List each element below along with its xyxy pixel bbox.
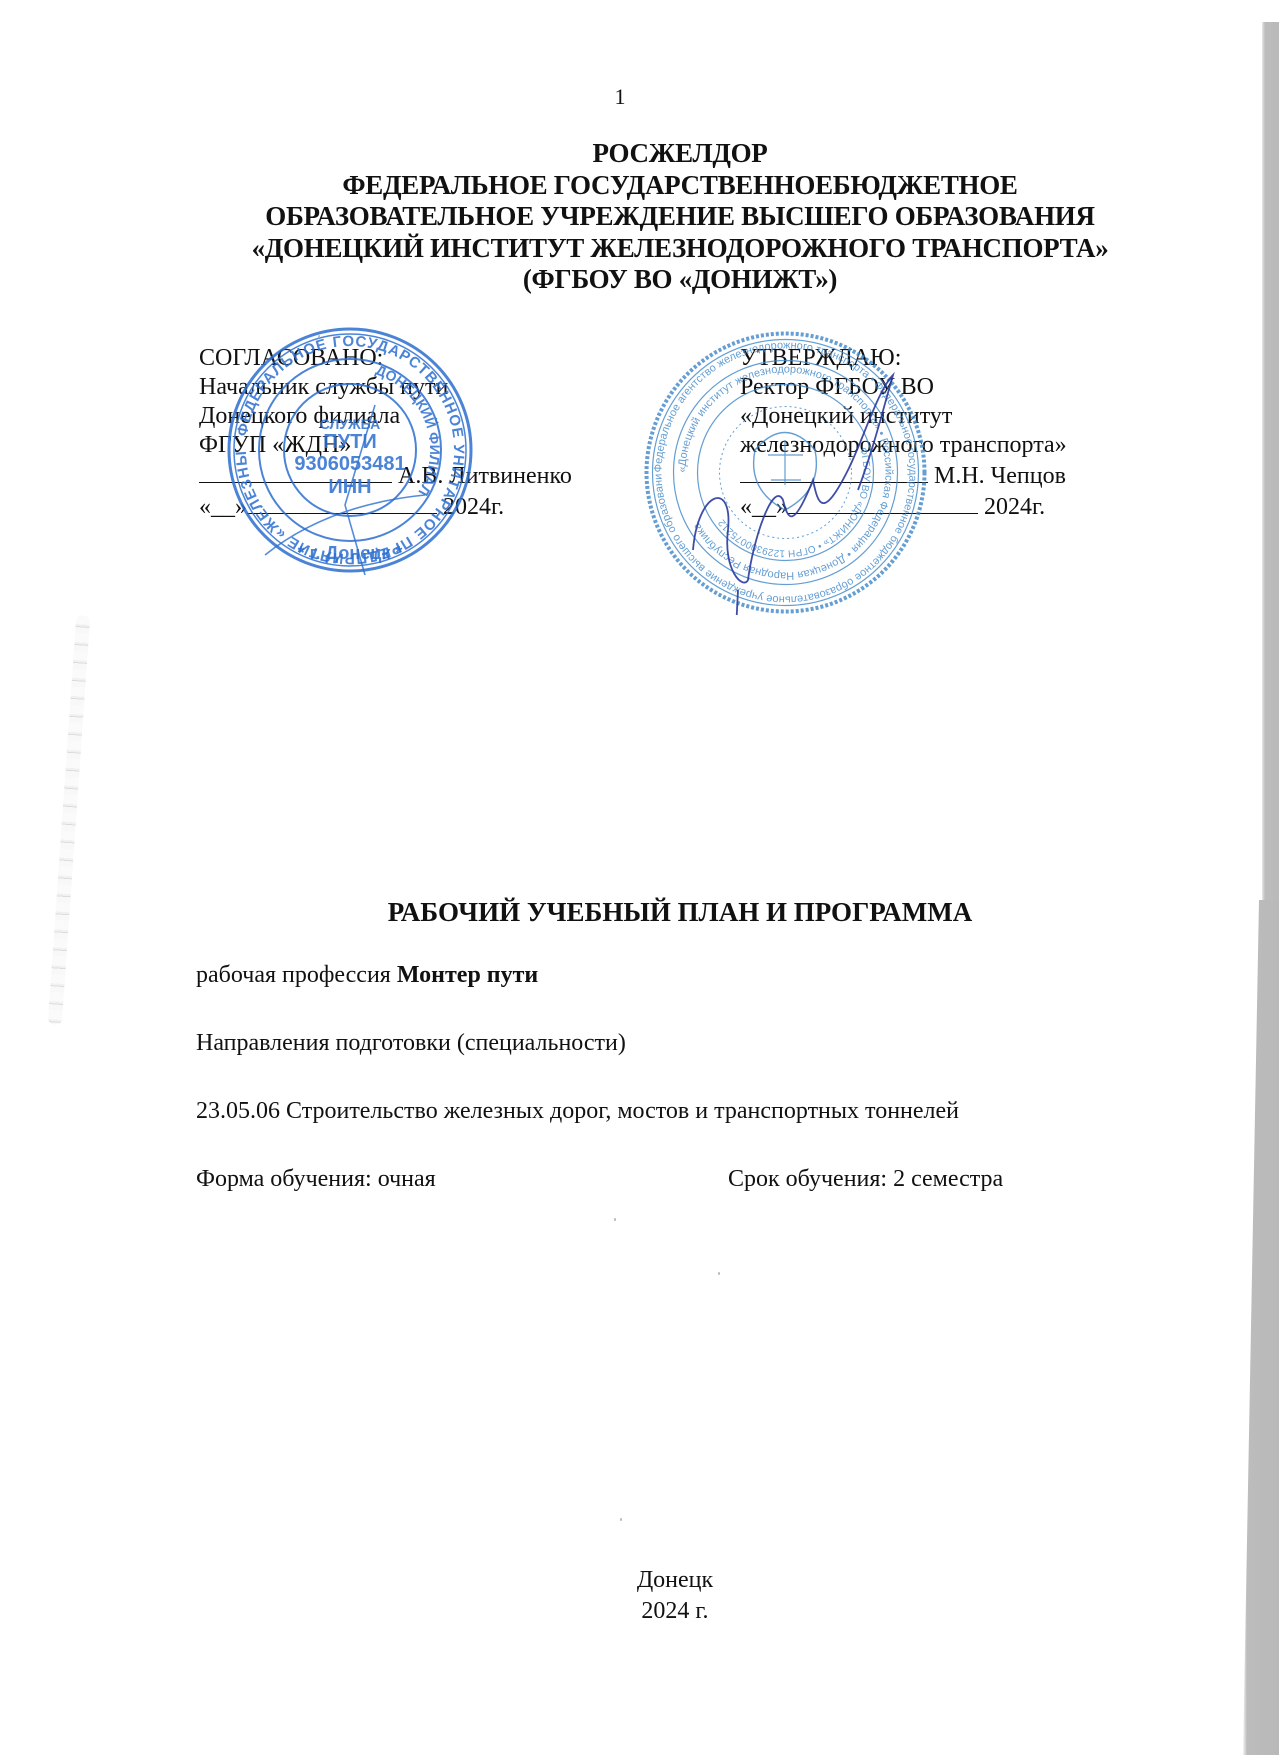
scan-edge-shadow-lower (1243, 900, 1279, 1755)
scan-speck (318, 335, 320, 338)
signature-line: М.Н. Чепцов (740, 460, 1067, 491)
page-number: 1 (0, 84, 1240, 110)
approval-block-agreed: СОГЛАСОВАНО: Начальник службы пути Донец… (199, 344, 572, 522)
scan-speck (614, 1218, 616, 1221)
approval-block-approved: УТВЕРЖДАЮ: Ректор ФГБОУ ВО «Донецкий инс… (740, 344, 1067, 522)
header-line: ФЕДЕРАЛЬНОЕ ГОСУДАРСТВЕННОЕБЮДЖЕТНОЕ (180, 170, 1180, 202)
date-year: 2024г. (443, 494, 504, 520)
signatory-name: А.В. Литвиненко (398, 463, 572, 489)
date-line: «__» 2024г. (199, 491, 572, 522)
profession-line: рабочая профессия Монтер пути (196, 962, 538, 989)
form-of-study: Форма обучения: очная (196, 1166, 436, 1193)
approval-position: железнодорожного транспорта» (740, 431, 1067, 460)
direction-value: 23.05.06 Строительство железных дорог, м… (196, 1098, 959, 1125)
approval-position: Ректор ФГБОУ ВО (740, 373, 1067, 402)
svg-text:* г. Донецк *: * г. Донецк * (298, 543, 403, 563)
study-duration: Срок обучения: 2 семестра (728, 1166, 1003, 1193)
header-line: ОБРАЗОВАТЕЛЬНОЕ УЧРЕЖДЕНИЕ ВЫСШЕГО ОБРАЗ… (180, 201, 1180, 233)
approval-position: ФГУП «ЖДН» (199, 431, 572, 460)
date-day: «__» (199, 494, 247, 520)
signature-underline (199, 460, 392, 483)
footer-place-date: Донецк 2024 г. (560, 1565, 790, 1627)
approval-heading: УТВЕРЖДАЮ: (740, 344, 1067, 373)
document-title: РАБОЧИЙ УЧЕБНЫЙ ПЛАН И ПРОГРАММА (180, 897, 1180, 928)
footer-year: 2024 г. (560, 1596, 790, 1627)
date-month-underline (788, 491, 978, 514)
date-line: «__» 2024г. (740, 491, 1067, 522)
date-month-underline (247, 491, 437, 514)
signature-line: А.В. Литвиненко (199, 460, 572, 491)
header-line: (ФГБОУ ВО «ДОНИЖТ») (180, 264, 1180, 296)
signatory-name: М.Н. Чепцов (934, 463, 1066, 489)
approval-position: Донецкого филиала (199, 402, 572, 431)
approval-position: «Донецкий институт (740, 402, 1067, 431)
profession-value: Монтер пути (397, 962, 538, 988)
header-line: РОСЖЕЛДОР (180, 138, 1180, 170)
approval-position: Начальник службы пути (199, 373, 572, 402)
footer-city: Донецк (560, 1565, 790, 1596)
approval-heading: СОГЛАСОВАНО: (199, 344, 572, 373)
profession-label: рабочая профессия (196, 962, 397, 988)
scan-speck (718, 1272, 720, 1275)
binding-thread (48, 615, 91, 1025)
direction-label: Направления подготовки (специальности) (196, 1030, 626, 1057)
date-day: «__» (740, 494, 788, 520)
scan-speck (620, 1518, 622, 1521)
signature-underline (740, 460, 928, 483)
institution-header: РОСЖЕЛДОР ФЕДЕРАЛЬНОЕ ГОСУДАРСТВЕННОЕБЮД… (180, 138, 1180, 296)
date-year: 2024г. (984, 494, 1045, 520)
header-line: «ДОНЕЦКИЙ ИНСТИТУТ ЖЕЛЕЗНОДОРОЖНОГО ТРАН… (180, 233, 1180, 265)
